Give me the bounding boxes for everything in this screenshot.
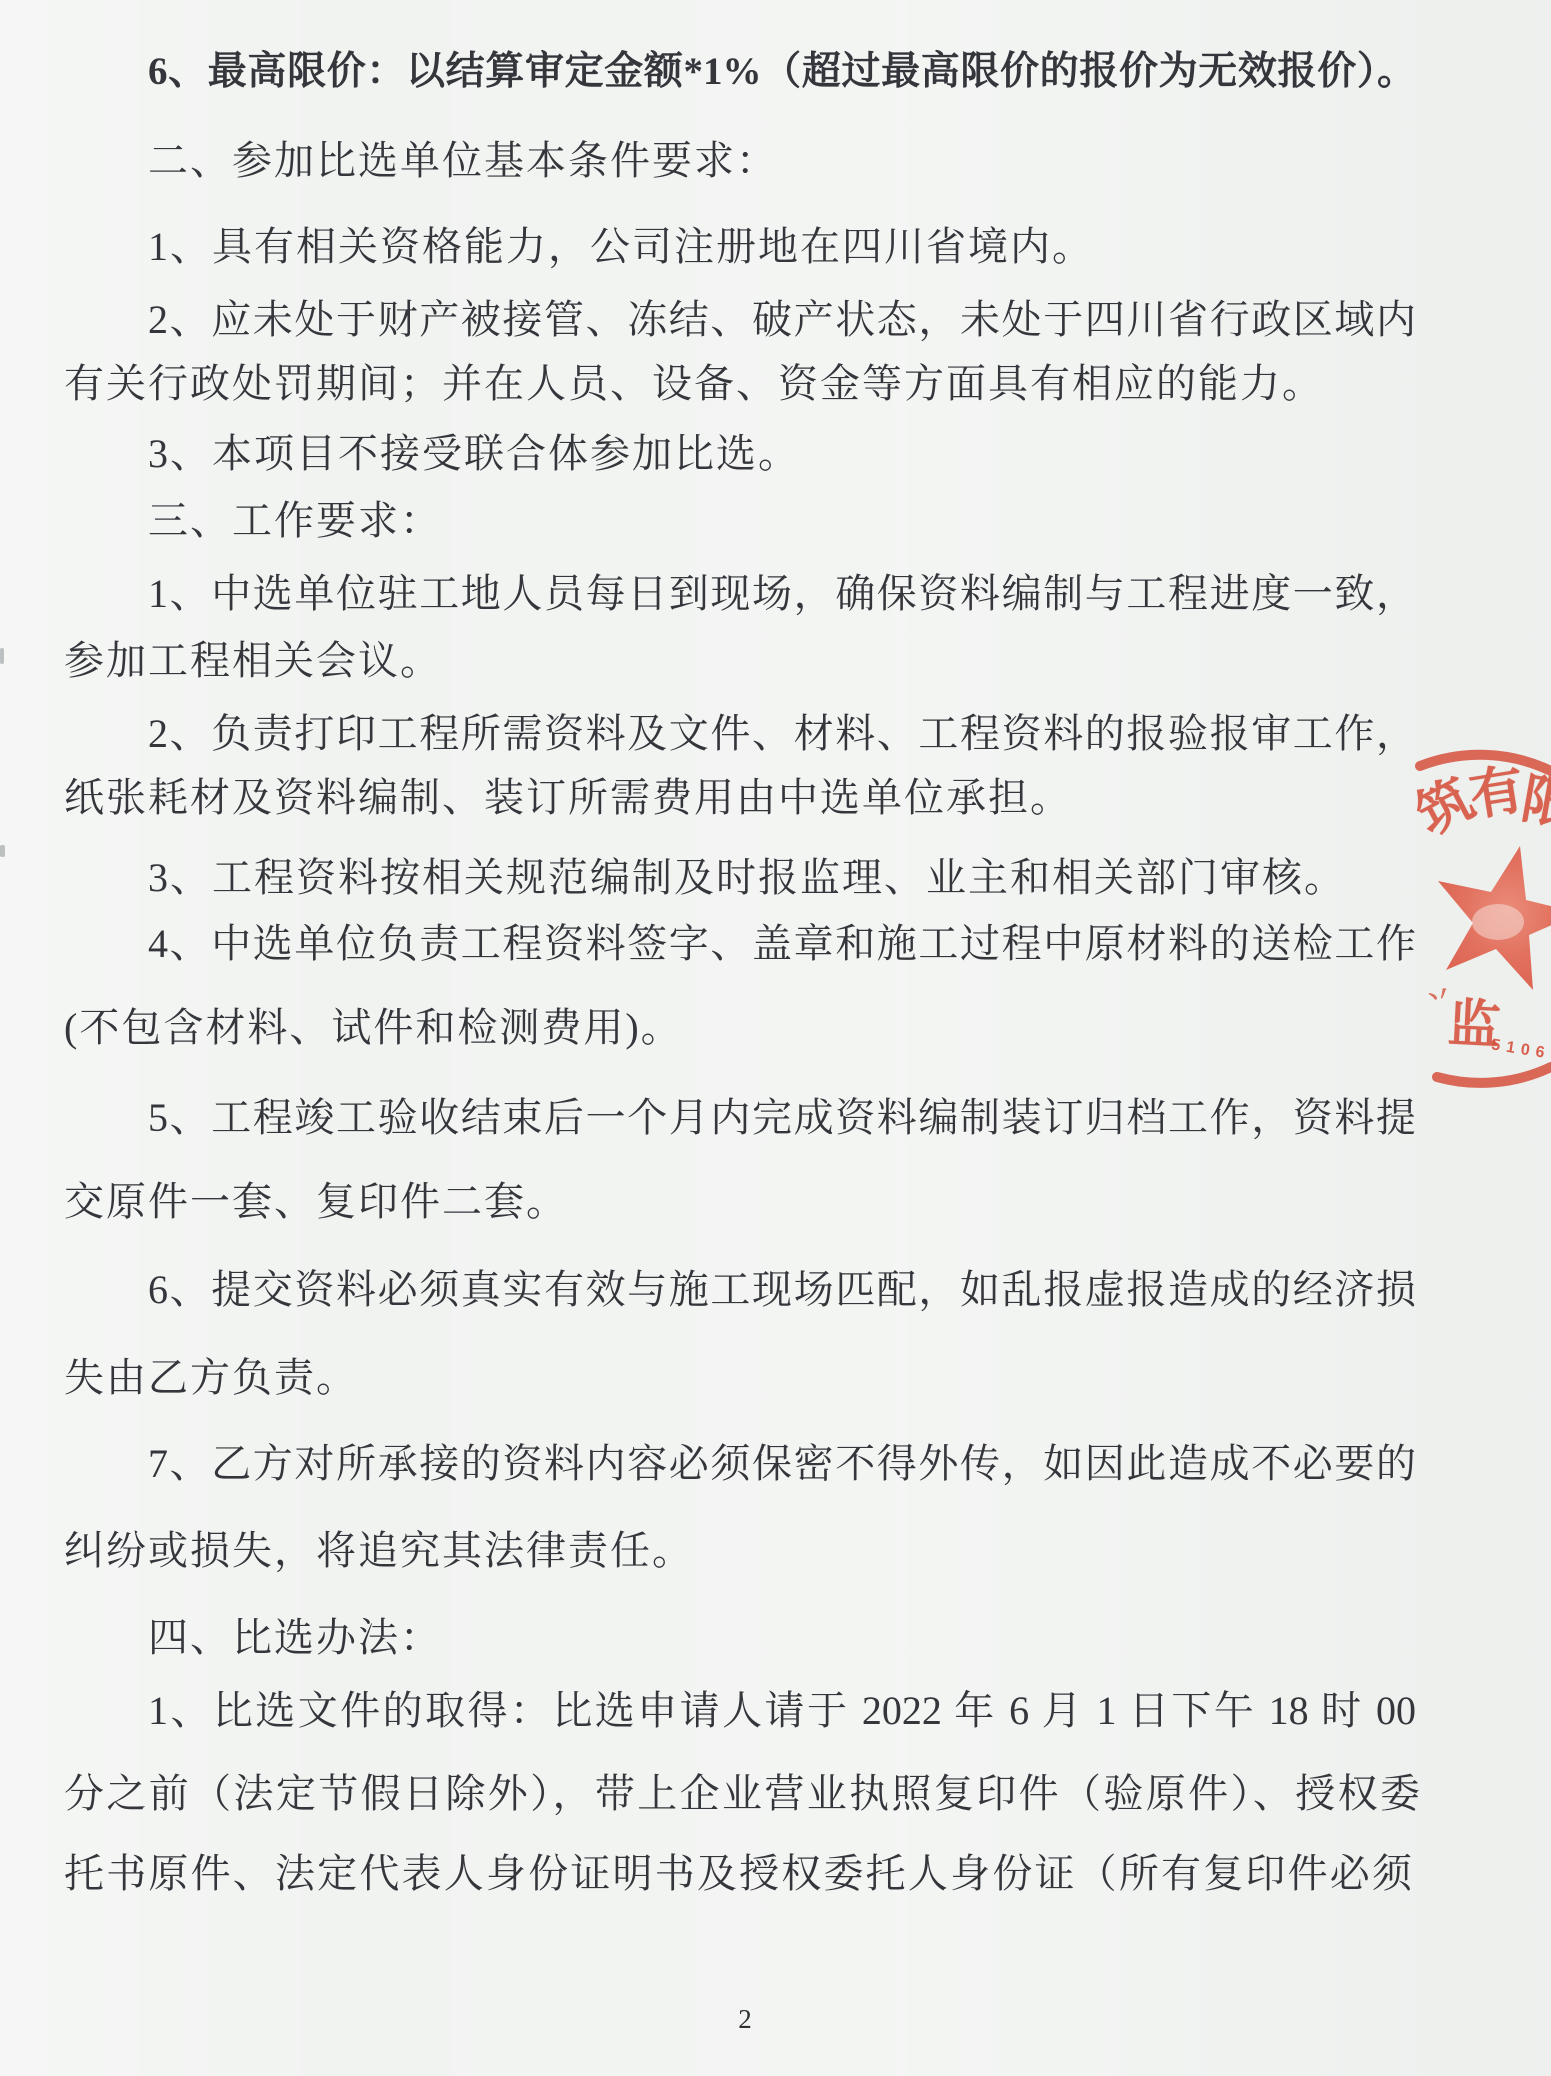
text-line: 失由乙方负责。 (64, 1355, 358, 1401)
text-line: 4、中选单位负责工程资料签字、盖章和施工过程中原材料的送检工作 (148, 921, 1416, 967)
section-heading: 二、参加比选单位基本条件要求： (148, 138, 778, 184)
text-line: 1、比选文件的取得：比选申请人请于 2022 年 6 月 1 日下午 18 时 … (148, 1688, 1416, 1734)
text-line: 分之前（法定节假日除外），带上企业营业执照复印件（验原件）、授权委 (64, 1771, 1420, 1817)
document-page: 6、最高限价：以结算审定金额*1%（超过最高限价的报价为无效报价）。 二、参加比… (0, 0, 1551, 2076)
text-line: 3、本项目不接受联合体参加比选。 (148, 431, 800, 477)
text-line: 纠纷或损失，将追究其法律责任。 (64, 1528, 694, 1574)
text-line: 2、应未处于财产被接管、冻结、破产状态，未处于四川省行政区域内 (148, 297, 1416, 343)
scan-artifact (0, 648, 4, 664)
text-line: 3、工程资料按相关规范编制及时报监理、业主和相关部门审核。 (148, 855, 1346, 901)
text-line: 纸张耗材及资料编制、装订所需费用由中选单位承担。 (64, 775, 1072, 821)
text-line: 1、具有相关资格能力，公司注册地在四川省境内。 (148, 224, 1094, 270)
text-line: 交原件一套、复印件二套。 (64, 1179, 568, 1225)
text-line: (不包含材料、试件和检测费用)。 (64, 1005, 683, 1051)
section-heading: 三、工作要求： (148, 498, 442, 544)
page-number: 2 (0, 2004, 1490, 2035)
text-line: 托书原件、法定代表人身份证明书及授权委托人身份证（所有复印件必须 (64, 1851, 1412, 1897)
text-line: 6、最高限价：以结算审定金额*1%（超过最高限价的报价为无效报价）。 (148, 50, 1416, 95)
text-line: 7、乙方对所承接的资料内容必须保密不得外传，如因此造成不必要的 (148, 1441, 1416, 1487)
text-line: 参加工程相关会议。 (64, 638, 442, 684)
text-line: 2、负责打印工程所需资料及文件、材料、工程资料的报验报审工作， (148, 711, 1416, 757)
text-line: 6、提交资料必须真实有效与施工现场匹配，如乱报虚报造成的经济损 (148, 1267, 1416, 1313)
text-line: 有关行政处罚期间；并在人员、设备、资金等方面具有相应的能力。 (64, 361, 1324, 407)
section-heading: 四、比选办法： (148, 1615, 442, 1661)
text-line: 1、中选单位驻工地人员每日到现场，确保资料编制与工程进度一致， (148, 571, 1416, 617)
text-line: 5、工程竣工验收结束后一个月内完成资料编制装订归档工作，资料提 (148, 1095, 1416, 1141)
scan-artifact (0, 845, 5, 857)
